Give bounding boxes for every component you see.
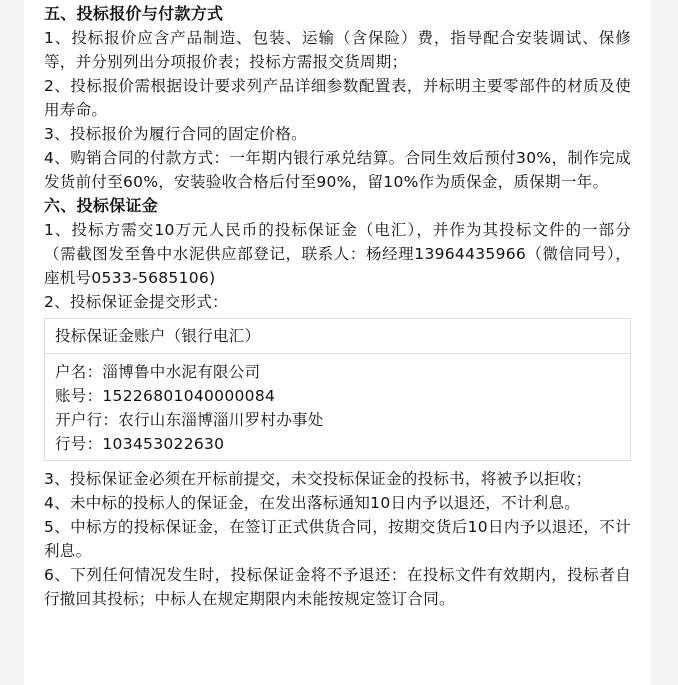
bank-account-box-header: 投标保证金账户（银行电汇）: [45, 319, 630, 354]
account-holder-name: 户名：淄博鲁中水泥有限公司: [55, 360, 620, 384]
bank-account-box-body: 户名：淄博鲁中水泥有限公司 账号：15226801040000084 开户行：农…: [45, 354, 630, 460]
section-6-item-6: 6、下列任何情况发生时，投标保证金将不予退还：在投标文件有效期内，投标者自行撤回…: [44, 563, 631, 611]
section-5-item-2: 2、投标报价需根据设计要求列产品详细参数配置表，并标明主要零部件的材质及使用寿命…: [44, 74, 631, 122]
section-6-item-1: 1、投标方需交10万元人民币的投标保证金（电汇），并作为其投标文件的一部分（需截…: [44, 218, 631, 290]
bank-code: 行号：103453022630: [55, 432, 620, 456]
section-6-item-5: 5、中标方的投标保证金，在签订正式供货合同，按期交货后10日内予以退还，不计利息…: [44, 515, 631, 563]
section-6-item-2: 2、投标保证金提交形式：: [44, 290, 631, 314]
bank-account-box: 投标保证金账户（银行电汇） 户名：淄博鲁中水泥有限公司 账号：152268010…: [44, 318, 631, 461]
account-number: 账号：15226801040000084: [55, 384, 620, 408]
section-6-item-4: 4、未中标的投标人的保证金，在发出落标通知10日内予以退还，不计利息。: [44, 491, 631, 515]
section-6-heading: 六、投标保证金: [44, 194, 631, 218]
document-content: 五、投标报价与付款方式 1、投标报价应含产品制造、包装、运输（含保险）费，指导配…: [44, 2, 631, 611]
section-5-heading: 五、投标报价与付款方式: [44, 2, 631, 26]
section-6-item-3: 3、投标保证金必须在开标前提交，未交投标保证金的投标书，将被予以拒收；: [44, 467, 631, 491]
document-page: 五、投标报价与付款方式 1、投标报价应含产品制造、包装、运输（含保险）费，指导配…: [24, 0, 651, 685]
opening-bank: 开户行：农行山东淄博淄川罗村办事处: [55, 408, 620, 432]
section-5-item-3: 3、投标报价为履行合同的固定价格。: [44, 122, 631, 146]
section-5-item-1: 1、投标报价应含产品制造、包装、运输（含保险）费，指导配合安装调试、保修等，并分…: [44, 26, 631, 74]
section-5-item-4: 4、购销合同的付款方式：一年期内银行承兑结算。合同生效后预付30%，制作完成发货…: [44, 146, 631, 194]
